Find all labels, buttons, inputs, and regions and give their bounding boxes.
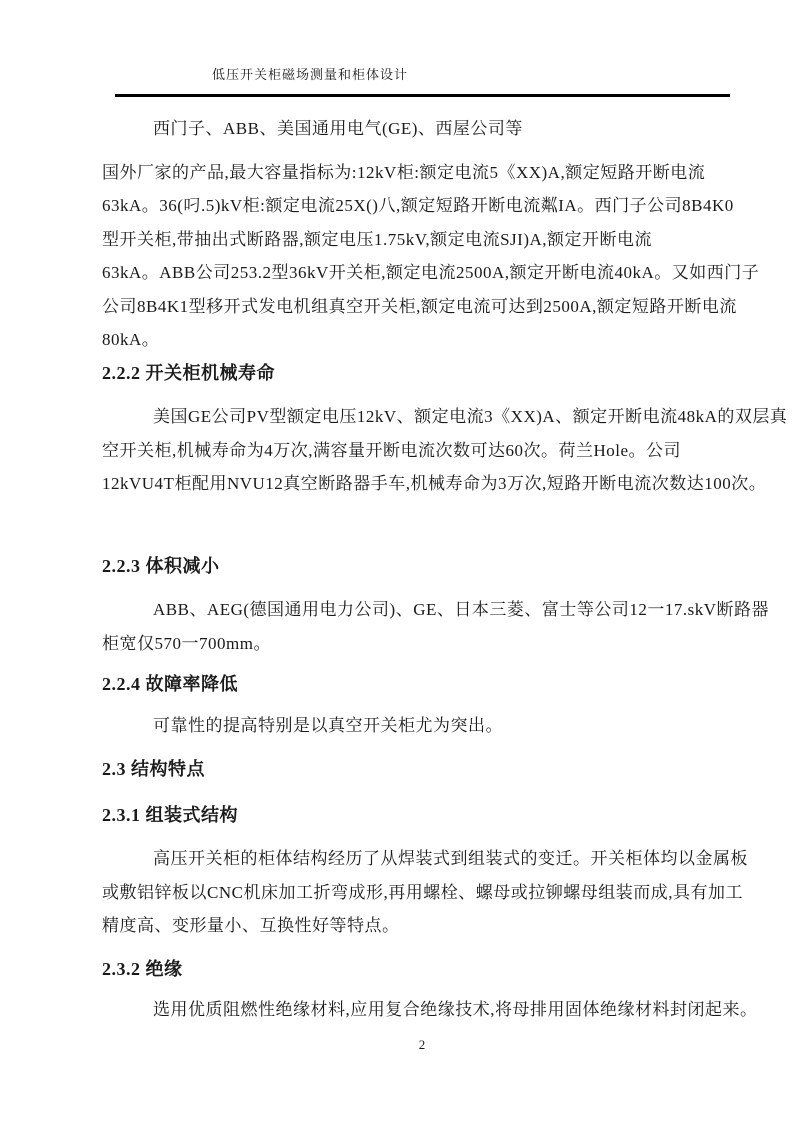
paragraph-line: 选用优质阻燃性绝缘材料,应用复合绝缘技术,将母排用固体绝缘材料封闭起来。	[102, 993, 698, 1027]
paragraph-foreign-products: 国外厂家的产品,最大容量指标为:12kV柜:额定电流5《XX)A,额定短路开断电…	[102, 156, 698, 357]
document-page: 低压开关柜磁场测量和柜体设计 西门子、ABB、美国通用电气(GE)、西屋公司等 …	[0, 0, 800, 1132]
paragraph-mechanical-life: 美国GE公司PV型额定电压12kV、额定电流3《XX)A、额定开断电流48kA的…	[102, 400, 698, 501]
paragraph-line: 或敷铝锌板以CNC机床加工折弯成形,再用螺栓、螺母或拉铆螺母组装而成,具有加工	[102, 876, 698, 910]
section-heading-2-3: 2.3 结构特点	[102, 753, 698, 787]
paragraph-line: 高压开关柜的柜体结构经历了从焊装式到组装式的变迁。开关柜体均以金属板	[102, 842, 698, 876]
paragraph-line: 空开关柜,机械寿命为4万次,满容量开断电流次数可达60次。荷兰Hole。公司	[102, 434, 698, 468]
header-divider-rule	[115, 94, 730, 97]
paragraph-line: 美国GE公司PV型额定电压12kV、额定电流3《XX)A、额定开断电流48kA的…	[102, 400, 698, 434]
page-header-title: 低压开关柜磁场测量和柜体设计	[100, 66, 520, 84]
paragraph-line: ABB、AEG(德国通用电力公司)、GE、日本三菱、富士等公司12一17.skV…	[102, 593, 698, 627]
paragraph-fault-rate: 可靠性的提高特别是以真空开关柜尤为突出。	[102, 709, 698, 743]
paragraph-insulation: 选用优质阻燃性绝缘材料,应用复合绝缘技术,将母排用固体绝缘材料封闭起来。	[102, 993, 698, 1027]
paragraph-line: 12kVU4T柜配用NVU12真空断路器手车,机械寿命为3万次,短路开断电流次数…	[102, 467, 698, 501]
document-body: 西门子、ABB、美国通用电气(GE)、西屋公司等 国外厂家的产品,最大容量指标为…	[102, 112, 698, 1027]
paragraph-line: 精度高、变形量小、互换性好等特点。	[102, 909, 698, 943]
paragraph-line: 可靠性的提高特别是以真空开关柜尤为突出。	[102, 709, 698, 743]
paragraph-line: 型开关柜,带抽出式断路器,额定电压1.75kV,额定电流SJI)A,额定开断电流	[102, 223, 698, 257]
section-heading-2-2-4: 2.2.4 故障率降低	[102, 668, 698, 702]
paragraph-line: 63kA。36(叼.5)kV柜:额定电流25X()八,额定短路开断电流粼IA。西…	[102, 189, 698, 223]
paragraph-line: 西门子、ABB、美国通用电气(GE)、西屋公司等	[102, 112, 698, 146]
section-heading-2-2-2: 2.2.2 开关柜机械寿命	[102, 357, 698, 391]
section-heading-2-3-2: 2.3.2 绝缘	[102, 953, 698, 987]
paragraph-assembly-structure: 高压开关柜的柜体结构经历了从焊装式到组装式的变迁。开关柜体均以金属板 或敷铝锌板…	[102, 842, 698, 943]
page-number: 2	[102, 1034, 698, 1056]
paragraph-line: 柜宽仅570一700mm。	[102, 627, 698, 661]
paragraph-line: 80kA。	[102, 323, 698, 357]
paragraph-line: 公司8B4K1型移开式发电机组真空开关柜,额定电流可达到2500A,额定短路开断…	[102, 290, 698, 324]
paragraph-line: 63kA。ABB公司253.2型36kV开关柜,额定电流2500A,额定开断电流…	[102, 256, 698, 290]
paragraph-line: 国外厂家的产品,最大容量指标为:12kV柜:额定电流5《XX)A,额定短路开断电…	[102, 156, 698, 190]
section-heading-2-3-1: 2.3.1 组装式结构	[102, 799, 698, 833]
paragraph-intro: 西门子、ABB、美国通用电气(GE)、西屋公司等	[102, 112, 698, 146]
section-heading-2-2-3: 2.2.3 体积减小	[102, 550, 698, 584]
paragraph-volume-reduction: ABB、AEG(德国通用电力公司)、GE、日本三菱、富士等公司12一17.skV…	[102, 593, 698, 660]
